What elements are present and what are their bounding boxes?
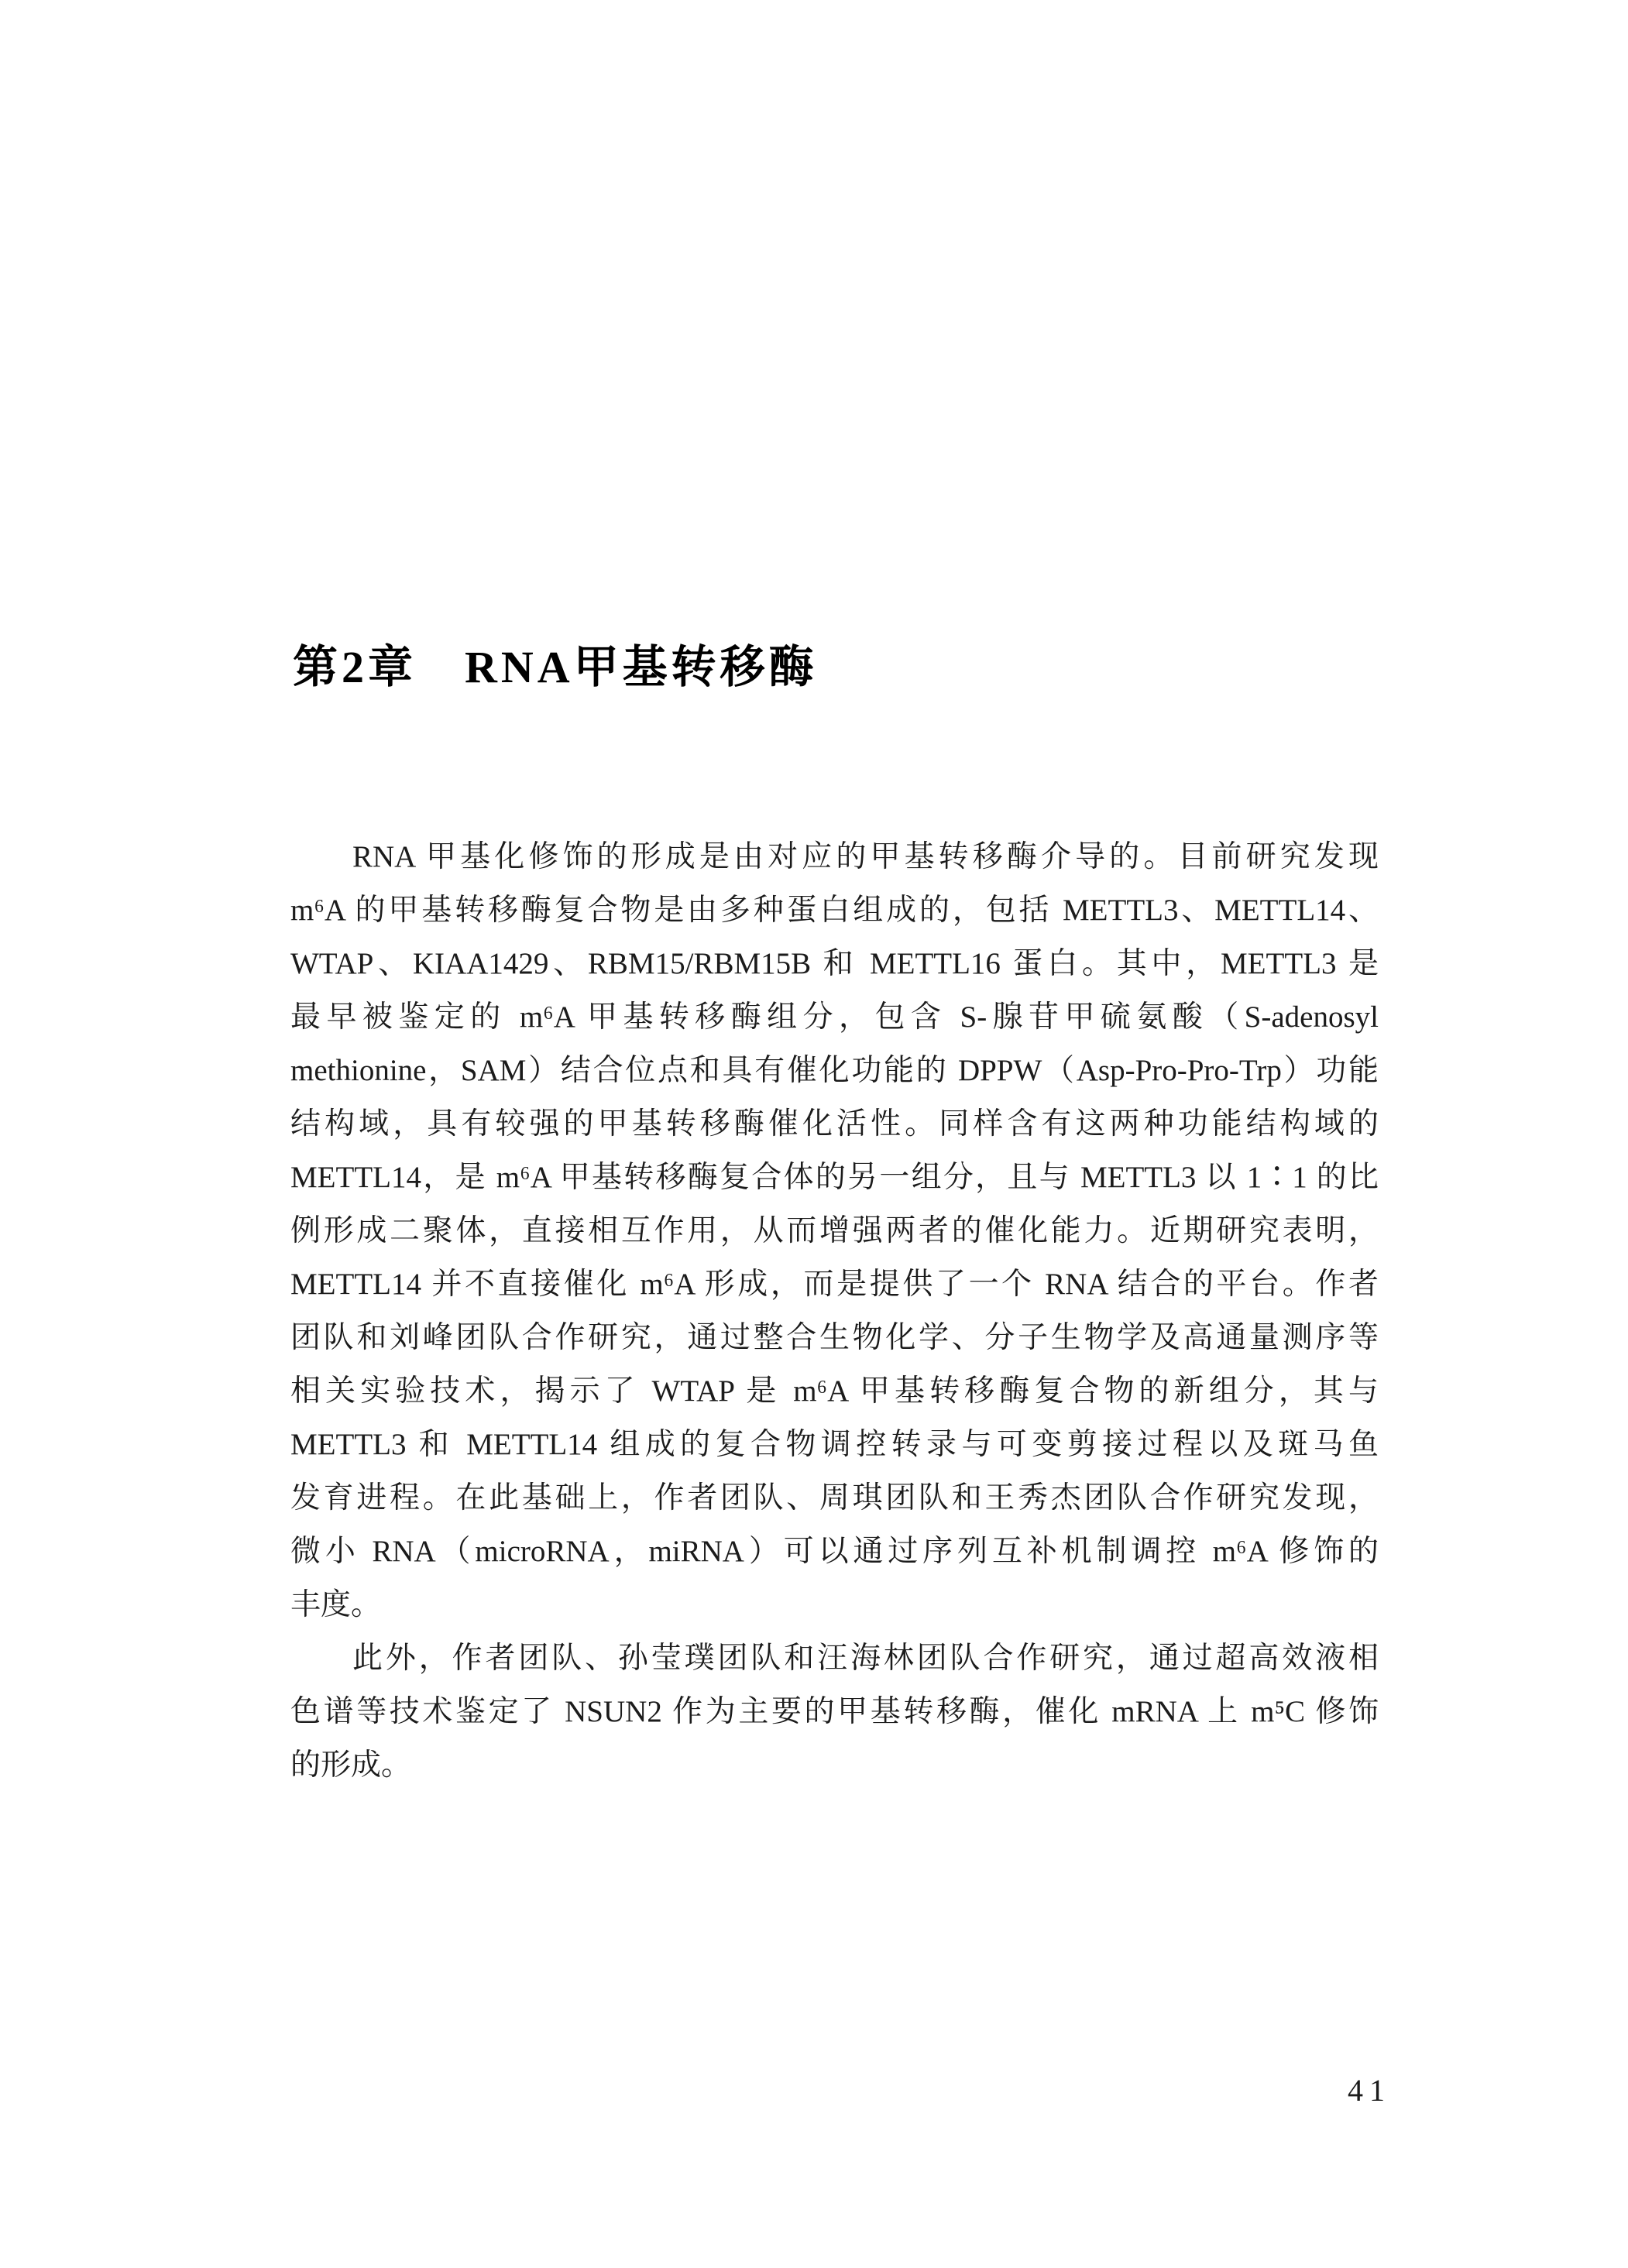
text-line: 结构域，具有较强的甲基转移酶催化活性。同样含有这两种功能结构域的 — [290, 1097, 1379, 1151]
text-line: 团队和刘峰团队合作研究，通过整合生物化学、分子生物学及高通量测序等 — [290, 1311, 1379, 1364]
text-line: 最早被鉴定的 m⁶A 甲基转移酶组分，包含 S-腺苷甲硫氨酸（S-adenosy… — [290, 990, 1379, 1044]
chapter-title: 第2章RNA甲基转移酶 — [293, 640, 818, 695]
paragraph: RNA 甲基化修饰的形成是由对应的甲基转移酶介导的。目前研究发现m⁶A 的甲基转… — [290, 830, 1379, 1632]
text-line: 丰度。 — [290, 1578, 1379, 1632]
text-line: 相关实验技术，揭示了 WTAP 是 m⁶A 甲基转移酶复合物的新组分，其与 — [290, 1364, 1379, 1418]
text-line: 微小 RNA（microRNA，miRNA）可以通过序列互补机制调控 m⁶A 修… — [290, 1525, 1379, 1578]
text-line: 发育进程。在此基础上，作者团队、周琪团队和王秀杰团队合作研究发现， — [290, 1471, 1379, 1525]
text-line: METTL14，是 m⁶A 甲基转移酶复合体的另一组分，且与 METTL3 以 … — [290, 1151, 1379, 1204]
text-line: 例形成二聚体，直接相互作用，从而增强两者的催化能力。近期研究表明， — [290, 1204, 1379, 1258]
book-page: 第2章RNA甲基转移酶 RNA 甲基化修饰的形成是由对应的甲基转移酶介导的。目前… — [0, 0, 1628, 2268]
text-line: methionine，SAM）结合位点和具有催化功能的 DPPW（Asp-Pro… — [290, 1044, 1379, 1097]
text-line: METTL3 和 METTL14 组成的复合物调控转录与可变剪接过程以及斑马鱼 — [290, 1418, 1379, 1471]
text-line: m⁶A 的甲基转移酶复合物是由多种蛋白组成的，包括 METTL3、METTL14… — [290, 884, 1379, 937]
chapter-title-text: RNA甲基转移酶 — [465, 642, 818, 692]
text-line: 此外，作者团队、孙莹璞团队和汪海林团队合作研究，通过超高效液相 — [290, 1632, 1379, 1685]
paragraph: 此外，作者团队、孙莹璞团队和汪海林团队合作研究，通过超高效液相色谱等技术鉴定了 … — [290, 1632, 1379, 1792]
chapter-number: 第2章 — [293, 642, 417, 692]
body-text: RNA 甲基化修饰的形成是由对应的甲基转移酶介导的。目前研究发现m⁶A 的甲基转… — [290, 830, 1379, 1792]
page-number: 41 — [1348, 2072, 1391, 2109]
text-line: 色谱等技术鉴定了 NSUN2 作为主要的甲基转移酶，催化 mRNA 上 m⁵C … — [290, 1685, 1379, 1738]
text-line: WTAP、KIAA1429、RBM15/RBM15B 和 METTL16 蛋白。… — [290, 937, 1379, 990]
text-line: RNA 甲基化修饰的形成是由对应的甲基转移酶介导的。目前研究发现 — [290, 830, 1379, 884]
text-line: METTL14 并不直接催化 m⁶A 形成，而是提供了一个 RNA 结合的平台。… — [290, 1258, 1379, 1311]
text-line: 的形成。 — [290, 1738, 1379, 1792]
